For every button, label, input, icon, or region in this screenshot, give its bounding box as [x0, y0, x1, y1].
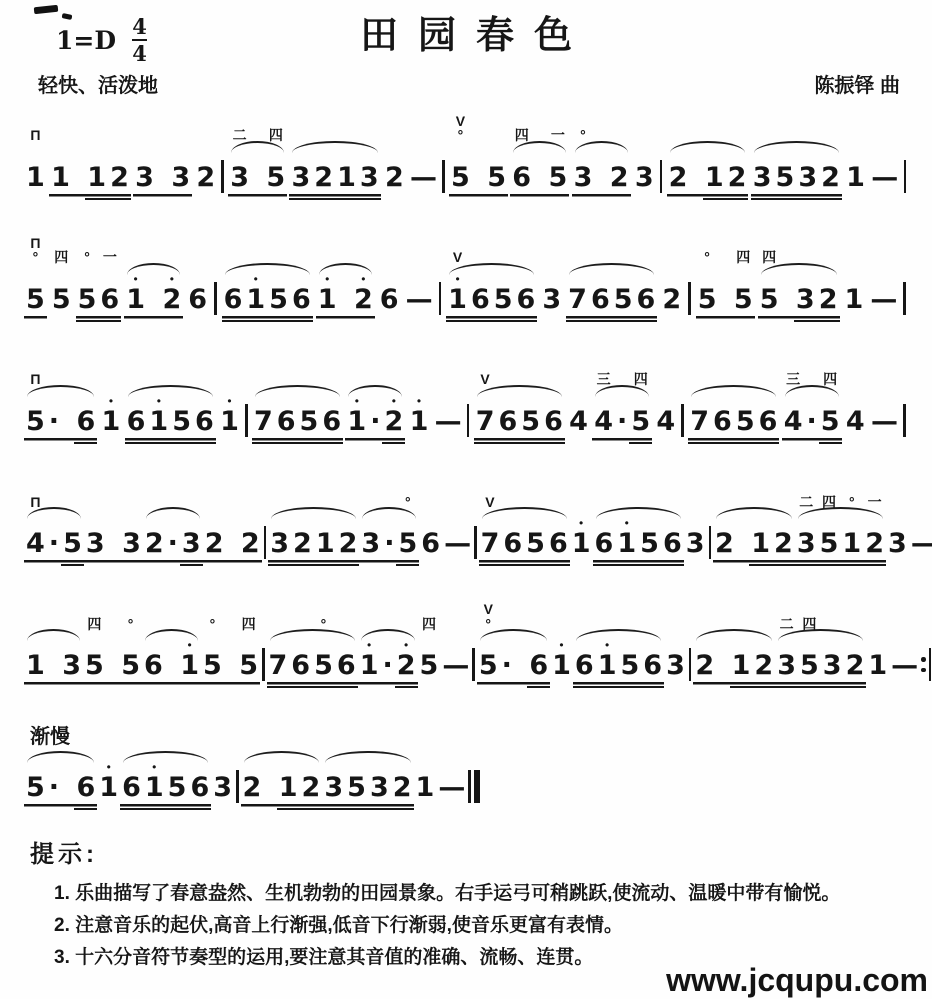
note-digit: 3 — [775, 652, 798, 680]
note-digit — [226, 530, 239, 558]
sustain-dash: •— — [442, 518, 472, 566]
note: •1 — [100, 396, 123, 444]
note-digit: 6 — [98, 286, 121, 314]
note-group: •3 — [633, 152, 656, 200]
note-group: V•7•6•5•6 — [474, 396, 565, 444]
note: •5 — [485, 152, 508, 200]
note-digit: 5 — [449, 164, 472, 192]
note-digit — [72, 164, 85, 192]
note: °•5 — [696, 274, 719, 322]
note-digit: 2 — [382, 408, 405, 436]
note-digit: 1 — [178, 652, 201, 680]
note: 四•5 — [758, 274, 781, 322]
note-group: •1 — [408, 396, 431, 444]
augmentation-dot: •· — [47, 396, 61, 444]
note: •5 — [267, 274, 290, 322]
note: •5 — [734, 396, 757, 444]
note-digit: 2 — [391, 774, 414, 802]
note-digit: 5 — [629, 408, 652, 436]
bar-thin-line — [472, 648, 475, 681]
augmentation-dot: •· — [382, 518, 396, 566]
note: •2 — [391, 762, 414, 810]
note-digit: 6 — [661, 530, 684, 558]
note-digit: 5 — [264, 164, 287, 192]
note: •1 — [550, 640, 573, 688]
note-digit: 3 — [572, 164, 595, 192]
barline — [688, 282, 691, 322]
note-digit: 1 — [277, 774, 300, 802]
note: 四•5 — [418, 640, 441, 688]
note-digit: 5 — [485, 164, 508, 192]
note-digit — [514, 652, 527, 680]
barline — [439, 282, 442, 322]
note-digit: 6 — [515, 286, 538, 314]
score-line: Π•1•1• •1•2•3• •3•2二•3• 四•5•3•2•1•3•2•—V… — [24, 102, 908, 200]
bar-thin-line — [903, 282, 906, 315]
note-group: •6•1•5•6 — [222, 274, 313, 322]
mark-glyph: 四 — [515, 128, 529, 143]
mark-glyph: 四 — [269, 128, 283, 143]
note-digit — [61, 774, 74, 802]
note-group: •2 — [660, 274, 683, 322]
note-digit: 6 — [120, 774, 143, 802]
note-group: •3•5•3•2 — [751, 152, 842, 200]
mark-glyph: V — [456, 114, 465, 129]
note: •2 — [382, 396, 405, 444]
note: •3 — [359, 518, 382, 566]
note: V°•5 — [449, 152, 472, 200]
mark-glyph: 四 — [634, 372, 648, 387]
measure-row: •1• •3四•5• °•5•6• •1°•5• 四•5•7•6°•5•6•1•… — [24, 590, 908, 688]
note: 四•5 — [50, 274, 73, 322]
mark-glyph: ° — [704, 250, 710, 265]
note-digit — [156, 164, 169, 192]
bowing-fingering-mark: ° — [128, 617, 134, 632]
note: •2 — [713, 518, 736, 566]
bar-thin-line — [929, 648, 932, 681]
note: •1 — [143, 762, 166, 810]
note-digit: 2 — [772, 530, 795, 558]
barline — [689, 648, 692, 688]
note-digit: 2 — [383, 164, 406, 192]
note-digit — [689, 164, 702, 192]
note-digit: 6 — [222, 286, 245, 314]
bowing-fingering-mark: 四 — [87, 617, 101, 632]
augmentation-dot: •· — [166, 518, 180, 566]
bowing-fingering-mark: 四 — [422, 617, 436, 632]
note: •2 — [772, 518, 795, 566]
note: •5 — [519, 396, 542, 444]
note-group: •6 — [419, 518, 442, 566]
barline — [472, 648, 475, 688]
note-digit: 2 — [844, 652, 867, 680]
bowing-fingering-mark: ° — [849, 495, 855, 510]
mark-glyph: 一 — [103, 250, 117, 265]
note-digit: — — [868, 286, 898, 314]
note-digit: 5 — [524, 530, 547, 558]
bar-thin-line — [904, 160, 907, 193]
note-digit — [533, 164, 546, 192]
note-group: •1 — [844, 152, 867, 200]
note: • — [514, 640, 527, 688]
note-digit: 2 — [312, 164, 335, 192]
note-digit — [736, 530, 749, 558]
mark-glyph: ° — [33, 250, 39, 265]
note-digit: 3 — [268, 530, 291, 558]
tips-heading: 提示: — [30, 834, 908, 869]
note-digit: 7 — [474, 408, 497, 436]
note-digit: 5 — [83, 652, 106, 680]
barline — [681, 404, 684, 444]
note-digit: 2 — [752, 652, 775, 680]
note-group: •2• •2 — [203, 518, 262, 566]
bowing-fingering-mark: 三 — [786, 372, 800, 387]
note: •2 — [239, 518, 262, 566]
note: •7 — [688, 396, 711, 444]
note-digit: 6 — [547, 530, 570, 558]
note-digit: 6 — [186, 286, 209, 314]
note-digit: 5 — [267, 286, 290, 314]
note: •2 — [660, 274, 683, 322]
note: 四•5 — [732, 274, 755, 322]
note-digit: 3 — [796, 164, 819, 192]
note: •1 — [844, 152, 867, 200]
note-digit: 6 — [711, 408, 734, 436]
sheet-music-page: 1=D 4 4 田园春色 轻快、活泼地 陈振铎 曲 Π•1•1• •1•2•3•… — [0, 0, 932, 971]
note: °•5 — [76, 274, 99, 322]
note: •1 — [314, 518, 337, 566]
note: •5 — [345, 762, 368, 810]
note: •6 — [74, 762, 97, 810]
barline — [660, 160, 663, 200]
note: •6 — [547, 518, 570, 566]
note: •1 — [345, 396, 368, 444]
note-group: •— — [868, 274, 898, 322]
note-digit: 5 — [312, 652, 335, 680]
note-digit: 1 — [446, 286, 469, 314]
note: •5 — [166, 762, 189, 810]
note: •3 — [289, 152, 312, 200]
note: •1 — [570, 518, 593, 566]
note: •2 — [241, 762, 264, 810]
note-digit: 6 — [501, 530, 524, 558]
note-digit: 1 — [615, 530, 638, 558]
note-digit: 6 — [188, 774, 211, 802]
barline — [442, 160, 445, 200]
note-digit: 6 — [469, 286, 492, 314]
note: 三•4 — [782, 396, 805, 444]
note: •3 — [751, 152, 774, 200]
note-digit: 1 — [218, 408, 241, 436]
bowing-fingering-mark: 四 — [802, 617, 816, 632]
note-digit: 4 — [24, 530, 47, 558]
final-barline — [468, 770, 480, 810]
note-digit: 5 — [170, 408, 193, 436]
note-digit: 5 — [547, 164, 570, 192]
bar-thin-line — [474, 526, 477, 559]
note: •2 — [352, 274, 375, 322]
note: •1 — [97, 762, 120, 810]
note: •5 — [774, 152, 797, 200]
note: •6 — [635, 274, 658, 322]
mark-glyph: ° — [128, 617, 134, 632]
note-group: •3•2•1•3 — [289, 152, 380, 200]
note-digit: 7 — [252, 408, 275, 436]
note-group: •1 — [97, 762, 120, 810]
note: • — [106, 640, 119, 688]
mark-glyph: ° — [210, 617, 216, 632]
note-group: •1 — [866, 640, 889, 688]
score-line: Π°•5四•5°•5一•6•1• •2•6•6•1•5•6•1• •2•6•—V… — [24, 224, 908, 322]
note-group: •2• •1•2 — [241, 762, 323, 810]
note: •2 — [608, 152, 631, 200]
note-group: •2 — [194, 152, 217, 200]
note-group: •— — [436, 762, 466, 810]
note: •5 — [24, 762, 47, 810]
note: •3 — [268, 518, 291, 566]
mark-glyph: 四 — [823, 372, 837, 387]
note: °•5 — [396, 518, 419, 566]
note-digit: 3 — [60, 652, 83, 680]
note-digit: 4 — [844, 408, 867, 436]
note-digit: 2 — [863, 530, 886, 558]
note-digit: 4 — [782, 408, 805, 436]
note: •1 — [749, 518, 772, 566]
barline — [467, 404, 470, 444]
note-digit: 1 — [840, 530, 863, 558]
augmentation-dot: •· — [615, 396, 629, 444]
note-digit: 5 — [732, 286, 755, 314]
note: •6 — [593, 518, 616, 566]
barline — [264, 526, 267, 566]
note: 一•5 — [547, 152, 570, 200]
note: •6 — [74, 396, 97, 444]
note-group: •— — [404, 274, 434, 322]
note-digit: 2 — [108, 164, 131, 192]
bowing-fingering-mark: 四 — [736, 250, 750, 265]
sustain-dash: •— — [436, 762, 466, 810]
note: •6 — [757, 396, 780, 444]
bar-thin-line — [688, 282, 691, 315]
note-group: 三•4•·四•5 — [592, 396, 652, 444]
note-group: •3•2•1•2 — [268, 518, 359, 566]
note-digit: 5 — [696, 286, 719, 314]
bowing-fingering-mark: ° — [704, 250, 710, 265]
barline — [903, 282, 906, 322]
note-group: •6•1•5•6 — [593, 518, 684, 566]
note-digit: 5 — [818, 530, 841, 558]
note-digit: 6 — [275, 408, 298, 436]
note-digit — [61, 408, 74, 436]
note: •6 — [661, 518, 684, 566]
note-group: •4 — [844, 396, 867, 444]
bar-thin-line — [660, 160, 663, 193]
mark-glyph: 三 — [786, 372, 800, 387]
note-group: 四•5 — [418, 640, 441, 688]
note-digit: 5 — [50, 286, 73, 314]
note: •1 — [316, 274, 339, 322]
note-group: •7•6•5•6 — [252, 396, 343, 444]
bar-thin-line — [245, 404, 248, 437]
mark-glyph: ° — [405, 495, 411, 510]
note-group: °•5一•6 — [76, 274, 122, 322]
note: •5 — [298, 396, 321, 444]
mark-glyph: 二 — [233, 128, 247, 143]
note: 四•5 — [83, 640, 106, 688]
mark-glyph: 一 — [551, 128, 565, 143]
note-group: •1• •2 — [316, 274, 375, 322]
note: 二•3 — [795, 518, 818, 566]
note: °•5 — [201, 640, 224, 688]
note: •3 — [120, 518, 143, 566]
note-group: •6•1•5•6 — [120, 762, 211, 810]
note-group: °•5• 四•5 — [696, 274, 755, 322]
note: •6 — [419, 518, 442, 566]
bar-thin-line — [467, 404, 470, 437]
notation-area: Π•1•1• •1•2•3• •3•2二•3• 四•5•3•2•1•3•2•—V… — [24, 102, 908, 810]
mark-glyph: 四 — [422, 617, 436, 632]
bar-thin-line — [709, 526, 712, 559]
note: 三•4 — [592, 396, 615, 444]
note-group: •2• •1•2 — [713, 518, 795, 566]
note-digit: 5 — [345, 774, 368, 802]
measure-row: Π•4•·•5•3• •3•2•·•3•2• •2•3•2•1•2•3•·°•5… — [24, 468, 908, 566]
note-digit: — — [869, 408, 899, 436]
note-group: •2• •1•2 — [667, 152, 749, 200]
note-digit: 6 — [193, 408, 216, 436]
note-group: •1 — [414, 762, 437, 810]
composer-credit: 陈振铎 曲 — [814, 69, 900, 98]
note: •3 — [180, 518, 203, 566]
note-group: •1• •1•2 — [49, 152, 131, 200]
bar-thin-line — [214, 282, 217, 315]
mark-glyph: Π — [30, 236, 40, 251]
bowing-fingering-mark: Π° — [30, 236, 40, 265]
note: •2 — [667, 152, 690, 200]
note: °•1 — [840, 518, 863, 566]
note: •3 — [684, 518, 707, 566]
note-digit: 6 — [497, 408, 520, 436]
note-group: V°•5•·• •6 — [477, 640, 550, 688]
note-group: •2• •1•2 — [693, 640, 775, 688]
note-digit: 6 — [289, 652, 312, 680]
bowing-fingering-mark: 二 — [233, 128, 247, 143]
note: •4 — [654, 396, 677, 444]
note: •2 — [383, 152, 406, 200]
note-digit: 6 — [635, 286, 658, 314]
augmentation-dot: •· — [500, 640, 514, 688]
note: 二•3 — [228, 152, 251, 200]
score-line: 渐慢•5•·• •6•1•6•1•5•6•3•2• •1•2•3•5•3•2•1… — [24, 712, 908, 810]
note-digit: — — [440, 652, 470, 680]
note: •6 — [222, 274, 245, 322]
sustain-dash: •— — [869, 396, 899, 444]
note: •1 — [596, 640, 619, 688]
note-group: V•1•6•5•6 — [446, 274, 537, 322]
mark-glyph: V — [480, 372, 489, 387]
note-digit: — — [889, 652, 919, 680]
note-group: •3 — [684, 518, 707, 566]
note-digit: — — [433, 408, 463, 436]
barline — [214, 282, 217, 322]
note-digit — [147, 286, 160, 314]
mark-glyph: 三 — [597, 372, 611, 387]
barline — [904, 160, 907, 200]
mark-glyph: 四 — [736, 250, 750, 265]
score-line: Π•5•·• •6•1•6•1•5•6•1•7•6•5•6•1•·•2•1•—V… — [24, 346, 908, 444]
note-digit: 2 — [660, 286, 683, 314]
note-digit: 5 — [298, 408, 321, 436]
measure-row: Π•1•1• •1•2•3• •3•2二•3• 四•5•3•2•1•3•2•—V… — [24, 102, 908, 200]
note-digit: 1 — [335, 164, 358, 192]
note-digit: · — [47, 408, 61, 436]
note-digit: 1 — [730, 652, 753, 680]
note-digit — [107, 530, 120, 558]
note-group: Π•5•·• •6 — [24, 396, 97, 444]
note-digit: 5 — [734, 408, 757, 436]
note-digit: 6 — [320, 408, 343, 436]
note: • — [61, 396, 74, 444]
note-group: •1 — [100, 396, 123, 444]
mark-glyph: Π — [30, 128, 40, 143]
note-digit: 1 — [49, 164, 72, 192]
note-digit: 3 — [322, 774, 345, 802]
note-group: •6 — [186, 274, 209, 322]
note-digit: 4 — [567, 408, 590, 436]
note: •6 — [142, 640, 165, 688]
note-digit: — — [909, 530, 932, 558]
bar-thick-line — [474, 770, 481, 803]
note-group: •1• •2 — [124, 274, 183, 322]
bowing-fingering-mark: 四 — [822, 495, 836, 510]
bowing-fingering-mark: Π — [30, 128, 40, 143]
bowing-fingering-mark: ° — [405, 495, 411, 510]
note-digit: 2 — [352, 286, 375, 314]
note-digit: 2 — [239, 530, 262, 558]
note-group: •5•·• •6 — [24, 762, 97, 810]
note: •1 — [178, 640, 201, 688]
note-digit: 4 — [654, 408, 677, 436]
mark-glyph: ° — [580, 128, 586, 143]
sustain-dash: •— — [909, 518, 932, 566]
note: 一•6 — [98, 274, 121, 322]
note: •2 — [817, 274, 840, 322]
note-group: •— — [909, 518, 932, 566]
note-digit: 1 — [408, 408, 431, 436]
note: •6 — [188, 762, 211, 810]
note-digit: 5 — [477, 652, 500, 680]
note-digit: 2 — [300, 774, 323, 802]
note-digit: 5 — [24, 408, 47, 436]
note: • — [533, 152, 546, 200]
note-digit: 2 — [667, 164, 690, 192]
note-digit: 5 — [819, 408, 842, 436]
note-group: Π•1 — [24, 152, 47, 200]
note: •1 — [124, 274, 147, 322]
note: °•5 — [312, 640, 335, 688]
note-digit: — — [408, 164, 438, 192]
note: • — [47, 640, 60, 688]
note-group: •3 — [211, 762, 234, 810]
sustain-dash: •— — [404, 274, 434, 322]
bowing-fingering-mark: ° — [210, 617, 216, 632]
note-digit: 5 — [24, 286, 47, 314]
note-digit: 6 — [419, 530, 442, 558]
note: • — [716, 640, 729, 688]
note-group: •3 — [540, 274, 563, 322]
note-digit: 3 — [120, 530, 143, 558]
note-digit: 1 — [414, 774, 437, 802]
